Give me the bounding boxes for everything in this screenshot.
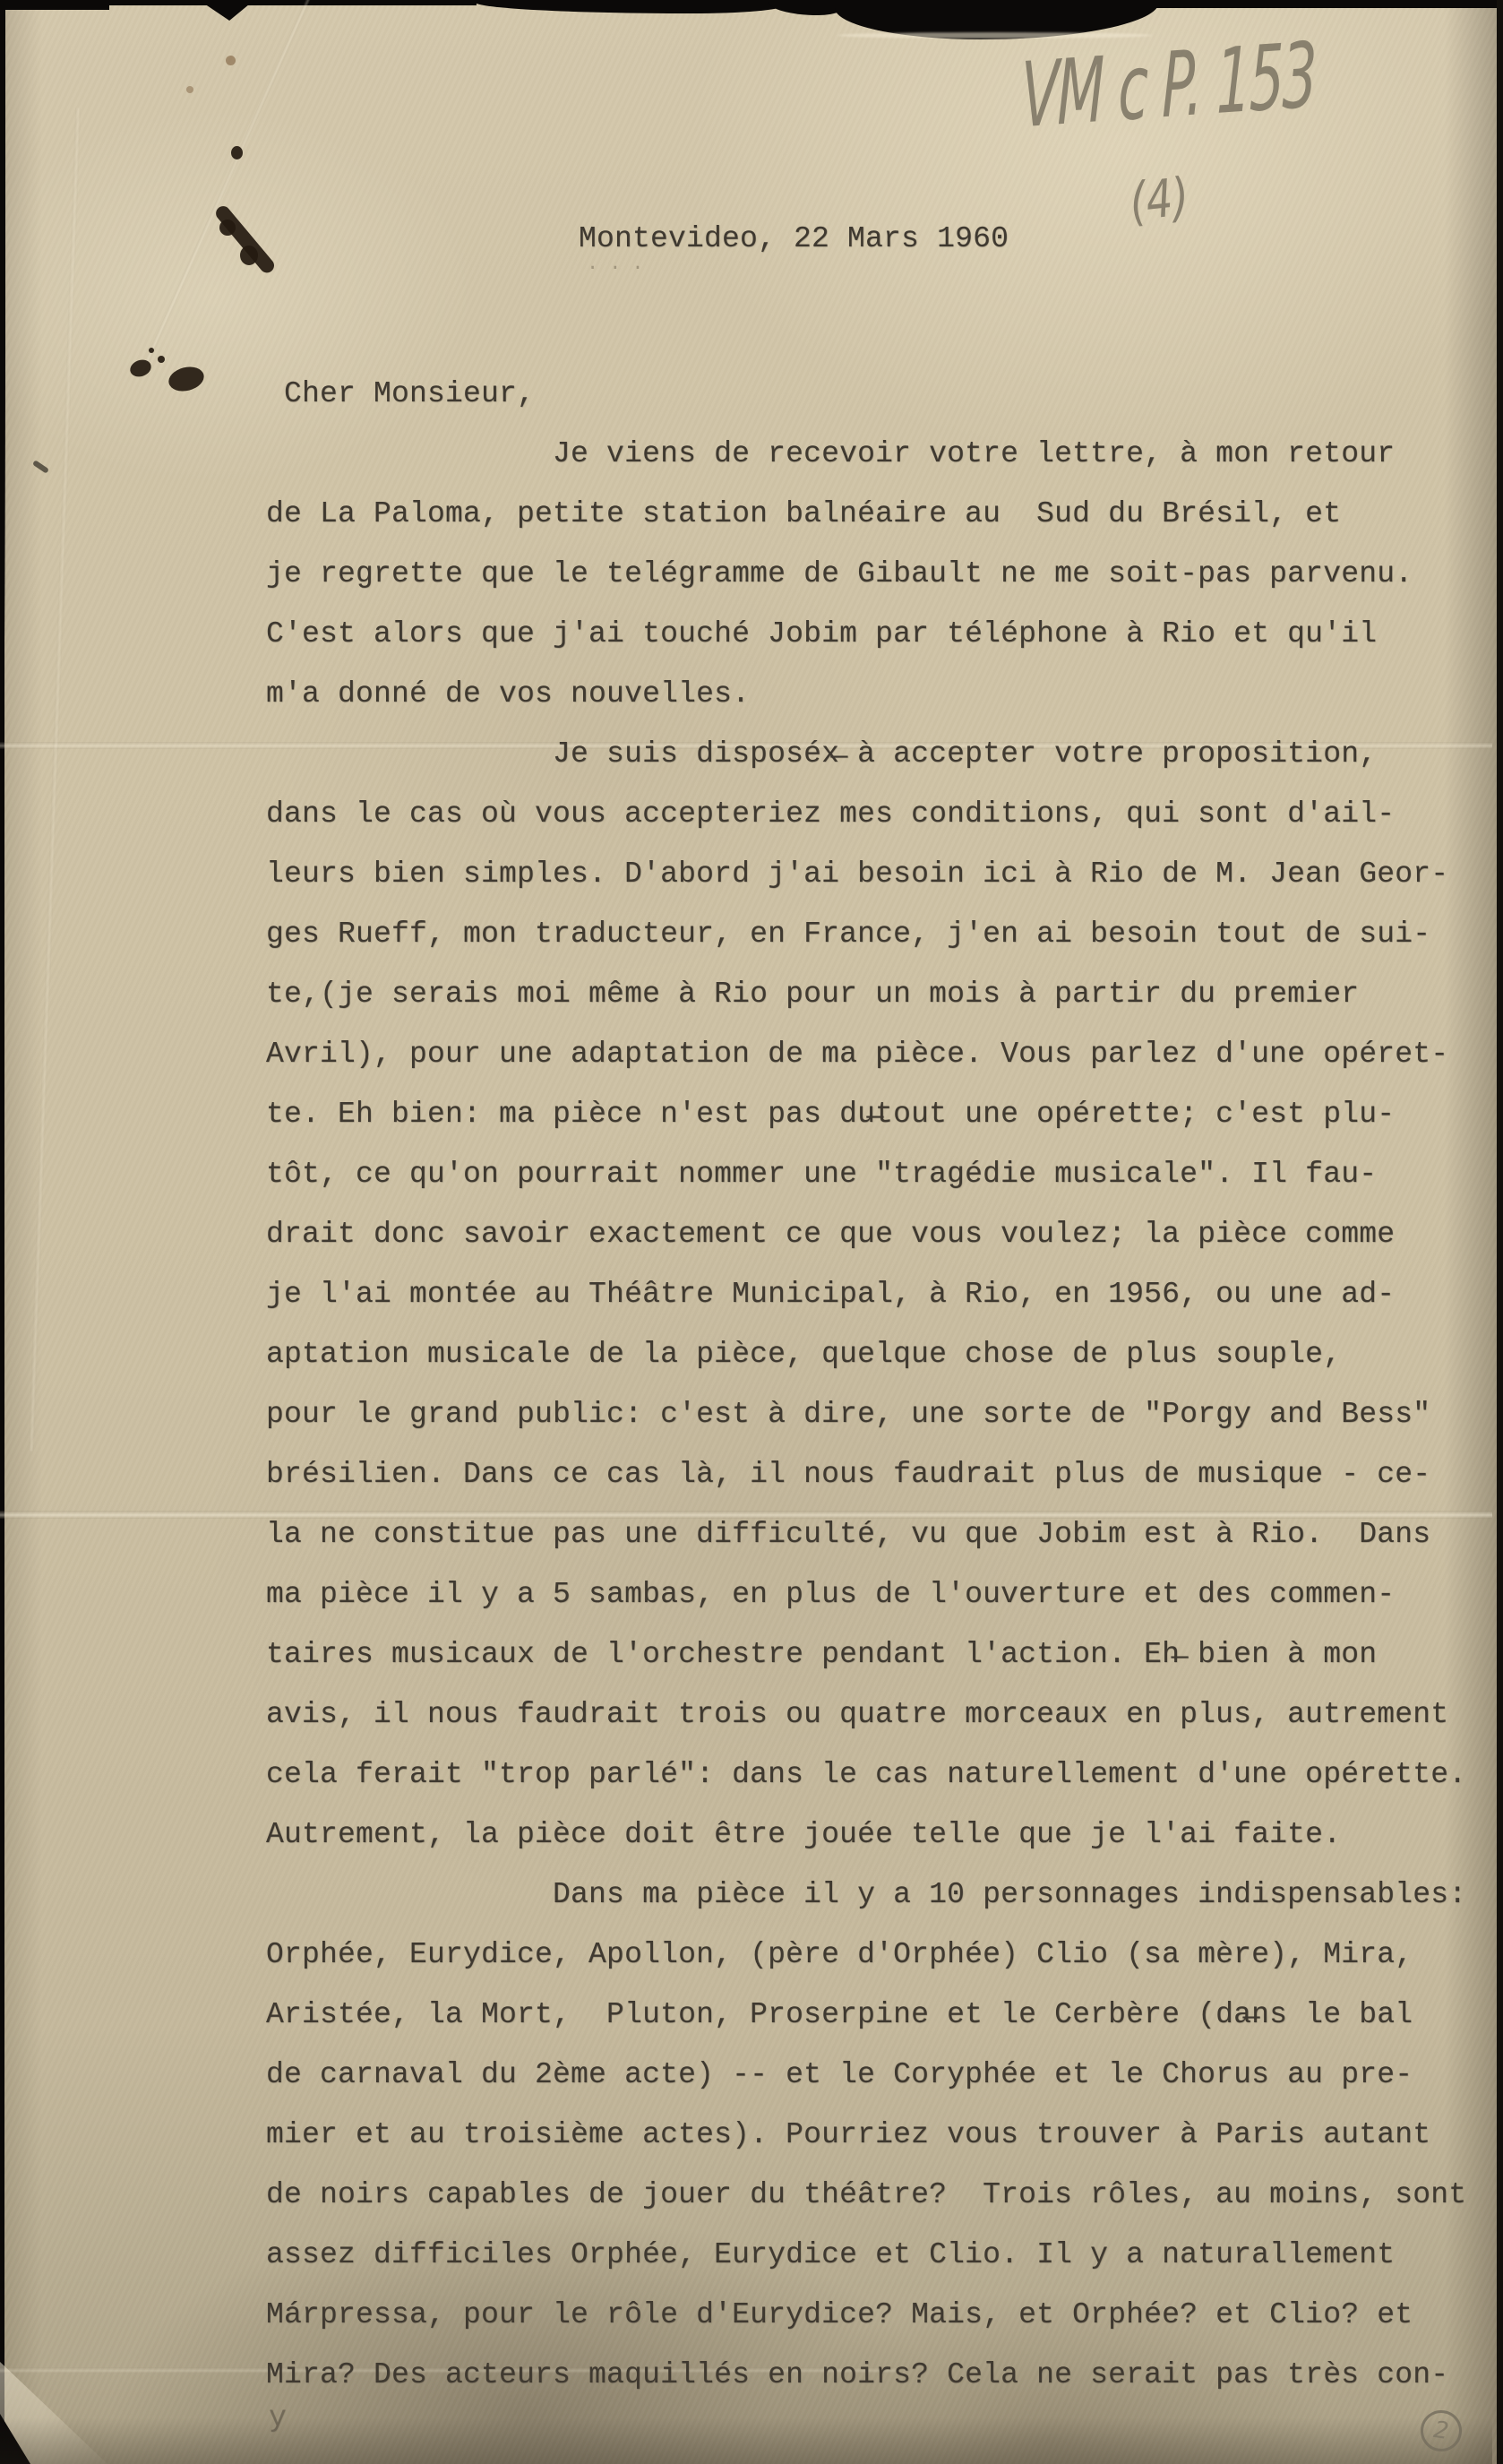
typed-line: ma pièce il y a 5 sambas, en plus de l'o… xyxy=(266,1564,1475,1624)
typed-line: Aristée, la Mort, Pluton, Proserpine et … xyxy=(266,1985,1475,2045)
ink-blot xyxy=(240,246,258,265)
typed-line: Je suis disposéx̶ à accepter votre propo… xyxy=(266,724,1475,784)
typed-line: Avril), pour une adaptation de ma pièce.… xyxy=(266,1024,1475,1084)
typed-line: Je viens de recevoir votre lettre, à mon… xyxy=(266,424,1475,484)
letter-body: Cher Monsieur, Je viens de recevoir votr… xyxy=(266,364,1475,2405)
letter-dateline: Montevideo, 22 Mars 1960 xyxy=(579,222,1009,255)
scan-edge-top-left xyxy=(0,0,109,10)
typed-line: de La Paloma, petite station balnéaire a… xyxy=(266,484,1475,544)
typed-line: tôt, ce qu'on pourrait nommer une "tragé… xyxy=(266,1144,1475,1204)
typed-line: leurs bien simples. D'abord j'ai besoin … xyxy=(266,844,1475,904)
typed-line: de noirs capables de jouer du théâtre? T… xyxy=(266,2165,1475,2225)
rust-stain xyxy=(226,56,236,65)
scan-edge-right xyxy=(1497,0,1503,2464)
typed-line: je regrette que le telégramme de Gibault… xyxy=(266,544,1475,604)
page-number: 2 xyxy=(1432,2417,1451,2445)
faint-dots: ... xyxy=(587,253,655,275)
typed-line: Dans ma pièce il y a 10 personnages indi… xyxy=(266,1865,1475,1925)
typed-line: te. Eh bien: ma pièce n'est pas du̶tout … xyxy=(266,1084,1475,1144)
stray-typed-character: y xyxy=(269,2401,287,2434)
typed-line: Cher Monsieur, xyxy=(266,364,1475,424)
ink-speck xyxy=(158,356,165,363)
ink-blot xyxy=(231,146,243,159)
typed-line: Mira? Des acteurs maquillés en noirs? Ce… xyxy=(266,2345,1475,2405)
ink-blot xyxy=(219,220,236,236)
typed-line: Orphée, Eurydice, Apollon, (père d'Orphé… xyxy=(266,1925,1475,1985)
typed-line: te,(je serais moi même à Rio pour un moi… xyxy=(266,964,1475,1024)
pencil-catalog-mark: VM c P. 153 xyxy=(1021,22,1315,148)
typed-line: brésilien. Dans ce cas là, il nous faudr… xyxy=(266,1444,1475,1504)
typed-line: la ne constitue pas une difficulté, vu q… xyxy=(266,1504,1475,1564)
typed-line: ges Rueff, mon traducteur, en France, j'… xyxy=(266,904,1475,964)
typed-line: je l'ai montée au Théâtre Municipal, à R… xyxy=(266,1264,1475,1324)
typed-line: Márpressa, pour le rôle d'Eurydice? Mais… xyxy=(266,2285,1475,2345)
typed-line: pour le grand public: c'est à dire, une … xyxy=(266,1384,1475,1444)
typed-line: mier et au troisième actes). Pourriez vo… xyxy=(266,2105,1475,2165)
typed-line: avis, il nous faudrait trois ou quatre m… xyxy=(266,1684,1475,1745)
typed-line: dans le cas où vous accepteriez mes cond… xyxy=(266,784,1475,844)
typed-line: C'est alors que j'ai touché Jobim par té… xyxy=(266,604,1475,664)
typed-line: cela ferait "trop parlé": dans le cas na… xyxy=(266,1745,1475,1805)
scan-edge-top-right xyxy=(1155,0,1503,8)
scan-edge-top-thin xyxy=(109,0,477,5)
rust-stain xyxy=(186,86,193,93)
typed-line: Autrement, la pièce doit être jouée tell… xyxy=(266,1805,1475,1865)
typed-line: taires musicaux de l'orchestre pendant l… xyxy=(266,1624,1475,1684)
pencil-copy-number: (4) xyxy=(1127,166,1191,232)
scanned-letter-page: VM c P. 153 (4) 2 Montevideo, 22 Mars 19… xyxy=(0,0,1503,2464)
bottom-shadow xyxy=(0,2417,1492,2464)
typed-line: aptation musicale de la pièce, quelque c… xyxy=(266,1324,1475,1384)
typed-line: drait donc savoir exactement ce que vous… xyxy=(266,1204,1475,1264)
ink-speck xyxy=(149,348,154,353)
typed-line: de carnaval du 2ème acte) -- et le Coryp… xyxy=(266,2045,1475,2105)
typed-line: assez difficiles Orphée, Eurydice et Cli… xyxy=(266,2225,1475,2285)
typed-line: m'a donné de vos nouvelles. xyxy=(266,664,1475,724)
